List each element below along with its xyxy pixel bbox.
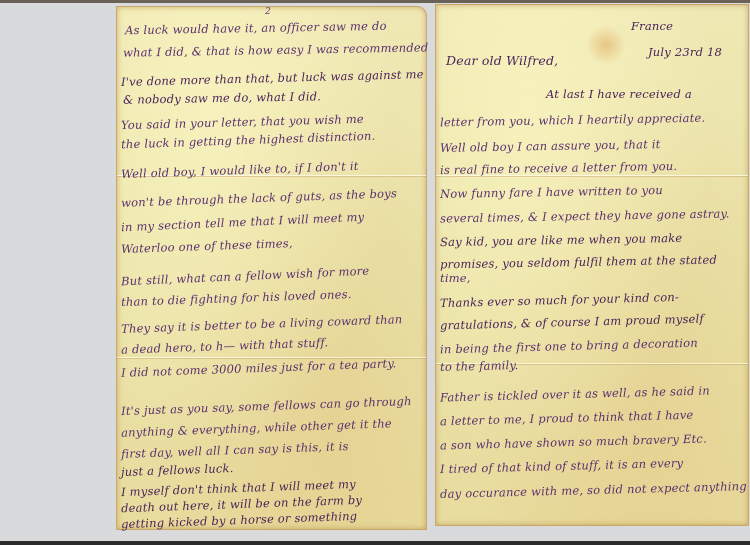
letter-line: letter from you, which I heartily apprec…: [440, 111, 706, 130]
letter-line: gratulations, & of course I am proud mys…: [440, 312, 704, 333]
letter-line: They say it is better to be a living cow…: [121, 312, 403, 336]
letter-line: You said in your letter, that you wish m…: [121, 112, 364, 132]
letter-line: Well old boy I can assure you, that it: [440, 137, 661, 155]
letter-line: to the family.: [440, 358, 519, 374]
letter-page-left: 2 As luck would have it, an officer saw …: [116, 6, 427, 530]
letter-line: what I did, & that is how easy I was rec…: [123, 40, 429, 59]
letter-line: the luck in getting the highest distinct…: [121, 129, 376, 152]
letter-line: than to die fighting for his loved ones.: [121, 287, 352, 309]
letter-line: a letter to me, I proud to think that I …: [440, 408, 694, 429]
letter-line: I tired of that kind of stuff, it is an …: [440, 456, 684, 476]
letter-line: several times, & I expect they have gone…: [440, 206, 730, 225]
letter-line: time,: [440, 271, 471, 285]
letter-salutation: Dear old Wilfred,: [446, 53, 558, 68]
letter-line: anything & everything, while other get i…: [121, 416, 392, 439]
letter-line: I've done more than that, but luck was a…: [121, 67, 424, 89]
letter-line: day occurance with me, so did not expect…: [440, 479, 747, 501]
letter-line: Thanks ever so much for your kind con-: [440, 290, 679, 310]
letter-line: But still, what can a fellow wish for mo…: [121, 264, 370, 289]
letter-line: Waterloo one of these times,: [121, 236, 293, 256]
letter-line: in being the first one to bring a decora…: [440, 336, 698, 357]
letter-date: July 23rd 18: [648, 45, 722, 59]
letter-line: just a fellows luck.: [121, 461, 234, 479]
letter-line: won't be through the lack of guts, as th…: [121, 186, 397, 210]
paper-stain: [586, 25, 626, 65]
scan-bottom-edge: [0, 541, 750, 545]
letter-line: As luck would have it, an officer saw me…: [125, 19, 387, 38]
letter-line: first day, well all I can say is this, i…: [121, 439, 349, 461]
letter-line: a son who have shown so much bravery Etc…: [440, 432, 707, 453]
letter-line: I did not come 3000 miles just for a tea…: [121, 356, 397, 380]
letter-line: Say kid, you are like me when you make: [440, 231, 683, 249]
letter-line: in my section tell me that I will meet m…: [121, 210, 365, 235]
letter-line: Father is tickled over it as well, as he…: [440, 383, 710, 404]
letter-line: It's just as you say, some fellows can g…: [121, 394, 412, 418]
letter-line: & nobody saw me do, what I did.: [123, 89, 321, 106]
letter-line: a dead hero, to h— with that stuff.: [121, 335, 329, 356]
letter-line: At last I have received a: [546, 87, 692, 101]
letter-line: Now funny fare I have written to you: [440, 183, 663, 201]
letter-line: Well old boy, I would like to, if I don'…: [121, 159, 359, 181]
scan-top-edge: [0, 0, 750, 3]
letter-location: France: [631, 19, 673, 33]
letter-line: promises, you seldom fulfil them at the …: [440, 253, 717, 272]
page-number: 2: [265, 7, 271, 17]
letter-page-right: France July 23rd 18 Dear old Wilfred, At…: [435, 4, 749, 526]
